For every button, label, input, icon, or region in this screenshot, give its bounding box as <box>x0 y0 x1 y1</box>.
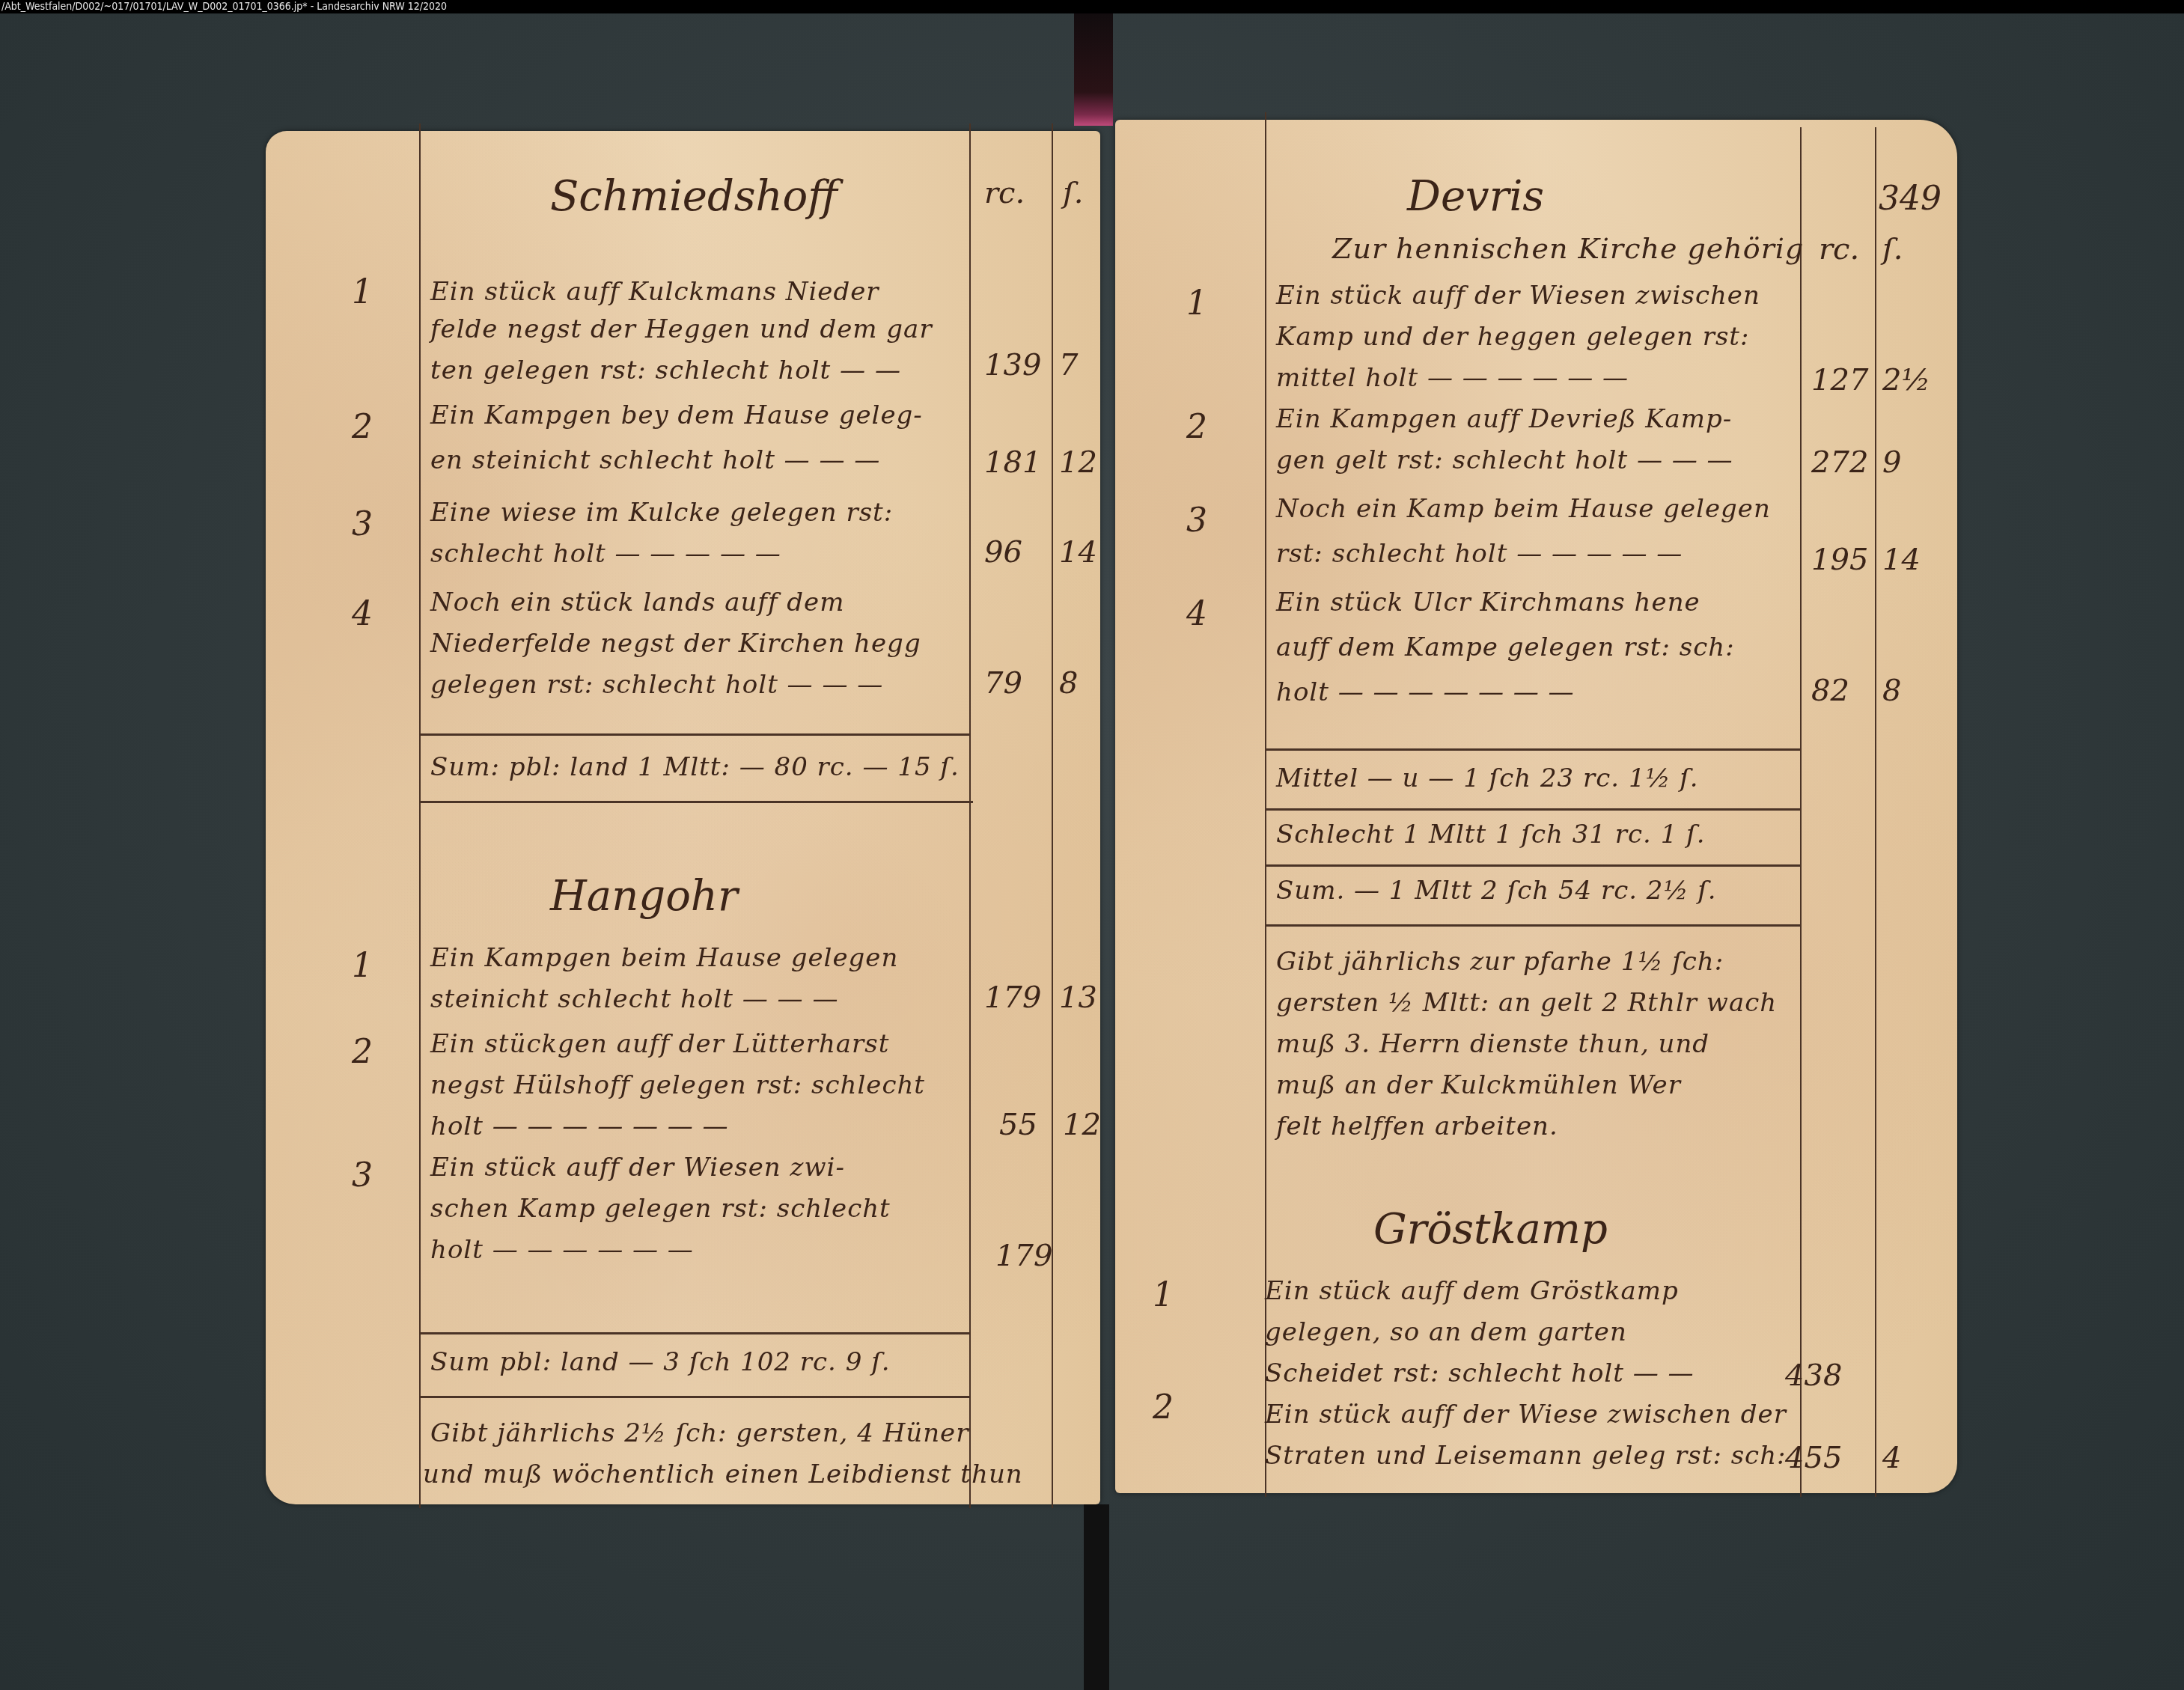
note-line: muß an der Kulckmühlen Wer <box>1276 1070 1681 1100</box>
entry-line: Ein stück Ulcr Kirchmans hene <box>1276 588 1700 617</box>
entry-line: negst Hülshoff gelegen rst: schlecht <box>430 1070 925 1100</box>
entry-line: Ein stück auff der Wiesen zwischen <box>1276 281 1760 311</box>
summary-sum: Sum. — 1 Mltt 2 ſch 54 rc. 2½ ſ. <box>1276 876 1717 906</box>
section-sum: Sum: pbl: land 1 Mltt: — 80 rc. — 15 ſ. <box>430 752 960 782</box>
entry-number: 4 <box>1186 595 1207 633</box>
folio-number: 349 <box>1879 180 1941 218</box>
pf-value: 4 <box>1882 1441 1901 1475</box>
entry-line: Ein Kampgen bey dem Hause geleg- <box>430 400 923 430</box>
entry-line: rst: schlecht holt — — — — — <box>1276 539 1683 569</box>
sum-rule-top <box>419 733 969 736</box>
entry-number: 2 <box>1186 408 1207 446</box>
entry-line: Noch ein stück lands auff dem <box>430 588 844 617</box>
book-spine <box>1074 13 1113 126</box>
entry-line: Noch ein Kamp beim Hause gelegen <box>1276 494 1771 524</box>
entry-line: Ein stückgen auff der Lütterharst <box>430 1029 889 1059</box>
entry-line: steinicht schlecht holt — — — <box>430 984 838 1014</box>
pf-value: 14 <box>1059 535 1097 570</box>
entry-line: gelegen rst: schlecht holt — — — <box>430 670 883 700</box>
entry-number: 3 <box>352 505 373 543</box>
sum-rule-bottom <box>419 801 973 803</box>
entry-line: gelegen, so an dem garten <box>1265 1317 1627 1347</box>
rc-value: 79 <box>984 666 1022 701</box>
pf-value: 9 <box>1882 445 1901 480</box>
entry-line: schen Kamp gelegen rst: schlecht <box>430 1194 891 1224</box>
rc-value: 181 <box>984 445 1041 480</box>
entry-number: 2 <box>1153 1388 1174 1427</box>
entry-line: holt — — — — — — <box>430 1235 694 1265</box>
pf-value: 14 <box>1882 543 1921 577</box>
section-sum: Sum pbl: land — 3 ſch 102 rc. 9 ſ. <box>430 1347 891 1377</box>
note-line: felt helffen arbeiten. <box>1276 1111 1558 1141</box>
rc-value: 455 <box>1785 1441 1842 1475</box>
entry-line: auff dem Kampe gelegen rst: sch: <box>1276 632 1735 662</box>
window-title: /Abt_Westfalen/D002/~017/01701/LAV_W_D00… <box>0 0 2184 13</box>
note-line: gersten ½ Mltt: an gelt 2 Rthlr wach <box>1276 988 1777 1018</box>
entry-number: 1 <box>1186 284 1207 323</box>
pf-column-rule <box>1875 127 1876 1497</box>
entry-number: 3 <box>352 1156 373 1195</box>
section-heading: Schmiedshoff <box>550 172 838 221</box>
summary-schlecht: Schlecht 1 Mltt 1 ſch 31 rc. 1 ſ. <box>1276 820 1705 849</box>
left-page: rc. ſ. Schmiedshoff 1 Ein stück auff Kul… <box>266 131 1100 1504</box>
rc-value: 96 <box>984 535 1022 570</box>
entry-line: felde negst der Heggen und dem gar <box>430 314 933 344</box>
entry-number: 2 <box>352 1033 373 1071</box>
pf-value: 8 <box>1059 666 1078 701</box>
section-heading: Hangohr <box>550 872 738 921</box>
sum2-rule-bottom <box>419 1396 969 1398</box>
box-rule <box>1265 748 1800 751</box>
note-line: Gibt jährlichs 2½ ſch: gersten, 4 Hüner <box>430 1418 969 1448</box>
section-heading: Devris <box>1407 172 1544 221</box>
rc-header: rc. <box>1819 232 1859 266</box>
note-line: muß 3. Herrn dienste thun, und <box>1276 1029 1709 1059</box>
note-line: und muß wöchentlich einen Leibdienst thu… <box>423 1459 1023 1489</box>
entry-line: Ein stück auff dem Gröstkamp <box>1265 1276 1679 1306</box>
margin-rule <box>419 123 421 1508</box>
rc-value: 438 <box>1785 1358 1842 1393</box>
note-line: Gibt jährlichs zur pfarhe 1½ ſch: <box>1276 947 1724 977</box>
pf-value: 8 <box>1882 674 1901 708</box>
entry-line: mittel holt — — — — — — <box>1276 363 1629 393</box>
pf-header: ſ. <box>1063 176 1084 210</box>
box-rule <box>1265 924 1800 927</box>
entry-number: 1 <box>1153 1276 1174 1314</box>
entry-line: holt — — — — — — — <box>430 1111 729 1141</box>
rc-value: 82 <box>1811 674 1849 708</box>
entry-number: 1 <box>352 273 373 311</box>
pf-value: 12 <box>1059 445 1097 480</box>
rc-value: 195 <box>1811 543 1868 577</box>
entry-line: ten gelegen rst: schlecht holt — — <box>430 356 901 385</box>
entry-line: Niederfelde negst der Kirchen hegg <box>430 629 921 659</box>
entry-line: Ein Kampgen auff Devrieß Kamp- <box>1276 404 1732 434</box>
entry-number: 2 <box>352 408 373 446</box>
entry-line: Kamp und der heggen gelegen rst: <box>1276 322 1749 352</box>
pf-value: 12 <box>1063 1108 1101 1142</box>
summary-mittel: Mittel — u — 1 ſch 23 rc. 1½ ſ. <box>1276 763 1699 793</box>
rc-column-rule <box>1800 127 1802 1497</box>
rc-column-rule <box>969 123 971 1508</box>
rc-value: 139 <box>984 348 1041 382</box>
entry-number: 1 <box>352 947 373 985</box>
entry-line: schlecht holt — — — — — <box>430 539 781 569</box>
rc-value: 272 <box>1811 445 1868 480</box>
rc-header: rc. <box>984 176 1025 210</box>
entry-line: Ein stück auff Kulckmans Nieder <box>430 277 879 307</box>
rc-value: 179 <box>995 1239 1052 1273</box>
rc-value: 55 <box>999 1108 1037 1142</box>
pf-header: ſ. <box>1882 232 1903 266</box>
entry-line: Eine wiese im Kulcke gelegen rst: <box>430 498 893 528</box>
sum2-rule-top <box>419 1332 969 1334</box>
entry-line: Ein Kampgen beim Hause gelegen <box>430 943 898 973</box>
entry-line: Scheidet rst: schlecht holt — — <box>1265 1358 1695 1388</box>
section-subheading: Zur hennischen Kirche gehörig <box>1332 232 1804 265</box>
box-rule <box>1265 808 1800 811</box>
rc-value: 127 <box>1811 363 1868 397</box>
entry-number: 4 <box>352 595 373 633</box>
pf-value: 13 <box>1059 980 1097 1015</box>
right-page: 349 rc. ſ. Devris Zur hennischen Kirche … <box>1115 120 1957 1493</box>
entry-line: gen gelt rst: schlecht holt — — — <box>1276 445 1733 475</box>
entry-number: 3 <box>1186 501 1207 540</box>
entry-line: Ein stück auff der Wiesen zwi- <box>430 1153 845 1183</box>
book-spine-gap <box>1084 1504 1109 1690</box>
box-rule <box>1265 864 1800 867</box>
section-heading: Gröstkamp <box>1373 1205 1608 1254</box>
entry-line: Ein stück auff der Wiese zwischen der <box>1265 1400 1787 1430</box>
pf-value: 7 <box>1059 348 1078 382</box>
entry-line: en steinicht schlecht holt — — — <box>430 445 880 475</box>
pf-value: 2½ <box>1882 363 1930 397</box>
rc-value: 179 <box>984 980 1041 1015</box>
entry-line: Straten und Leisemann geleg rst: sch: <box>1265 1441 1787 1471</box>
entry-line: holt — — — — — — — <box>1276 677 1575 707</box>
pf-column-rule <box>1052 123 1053 1508</box>
